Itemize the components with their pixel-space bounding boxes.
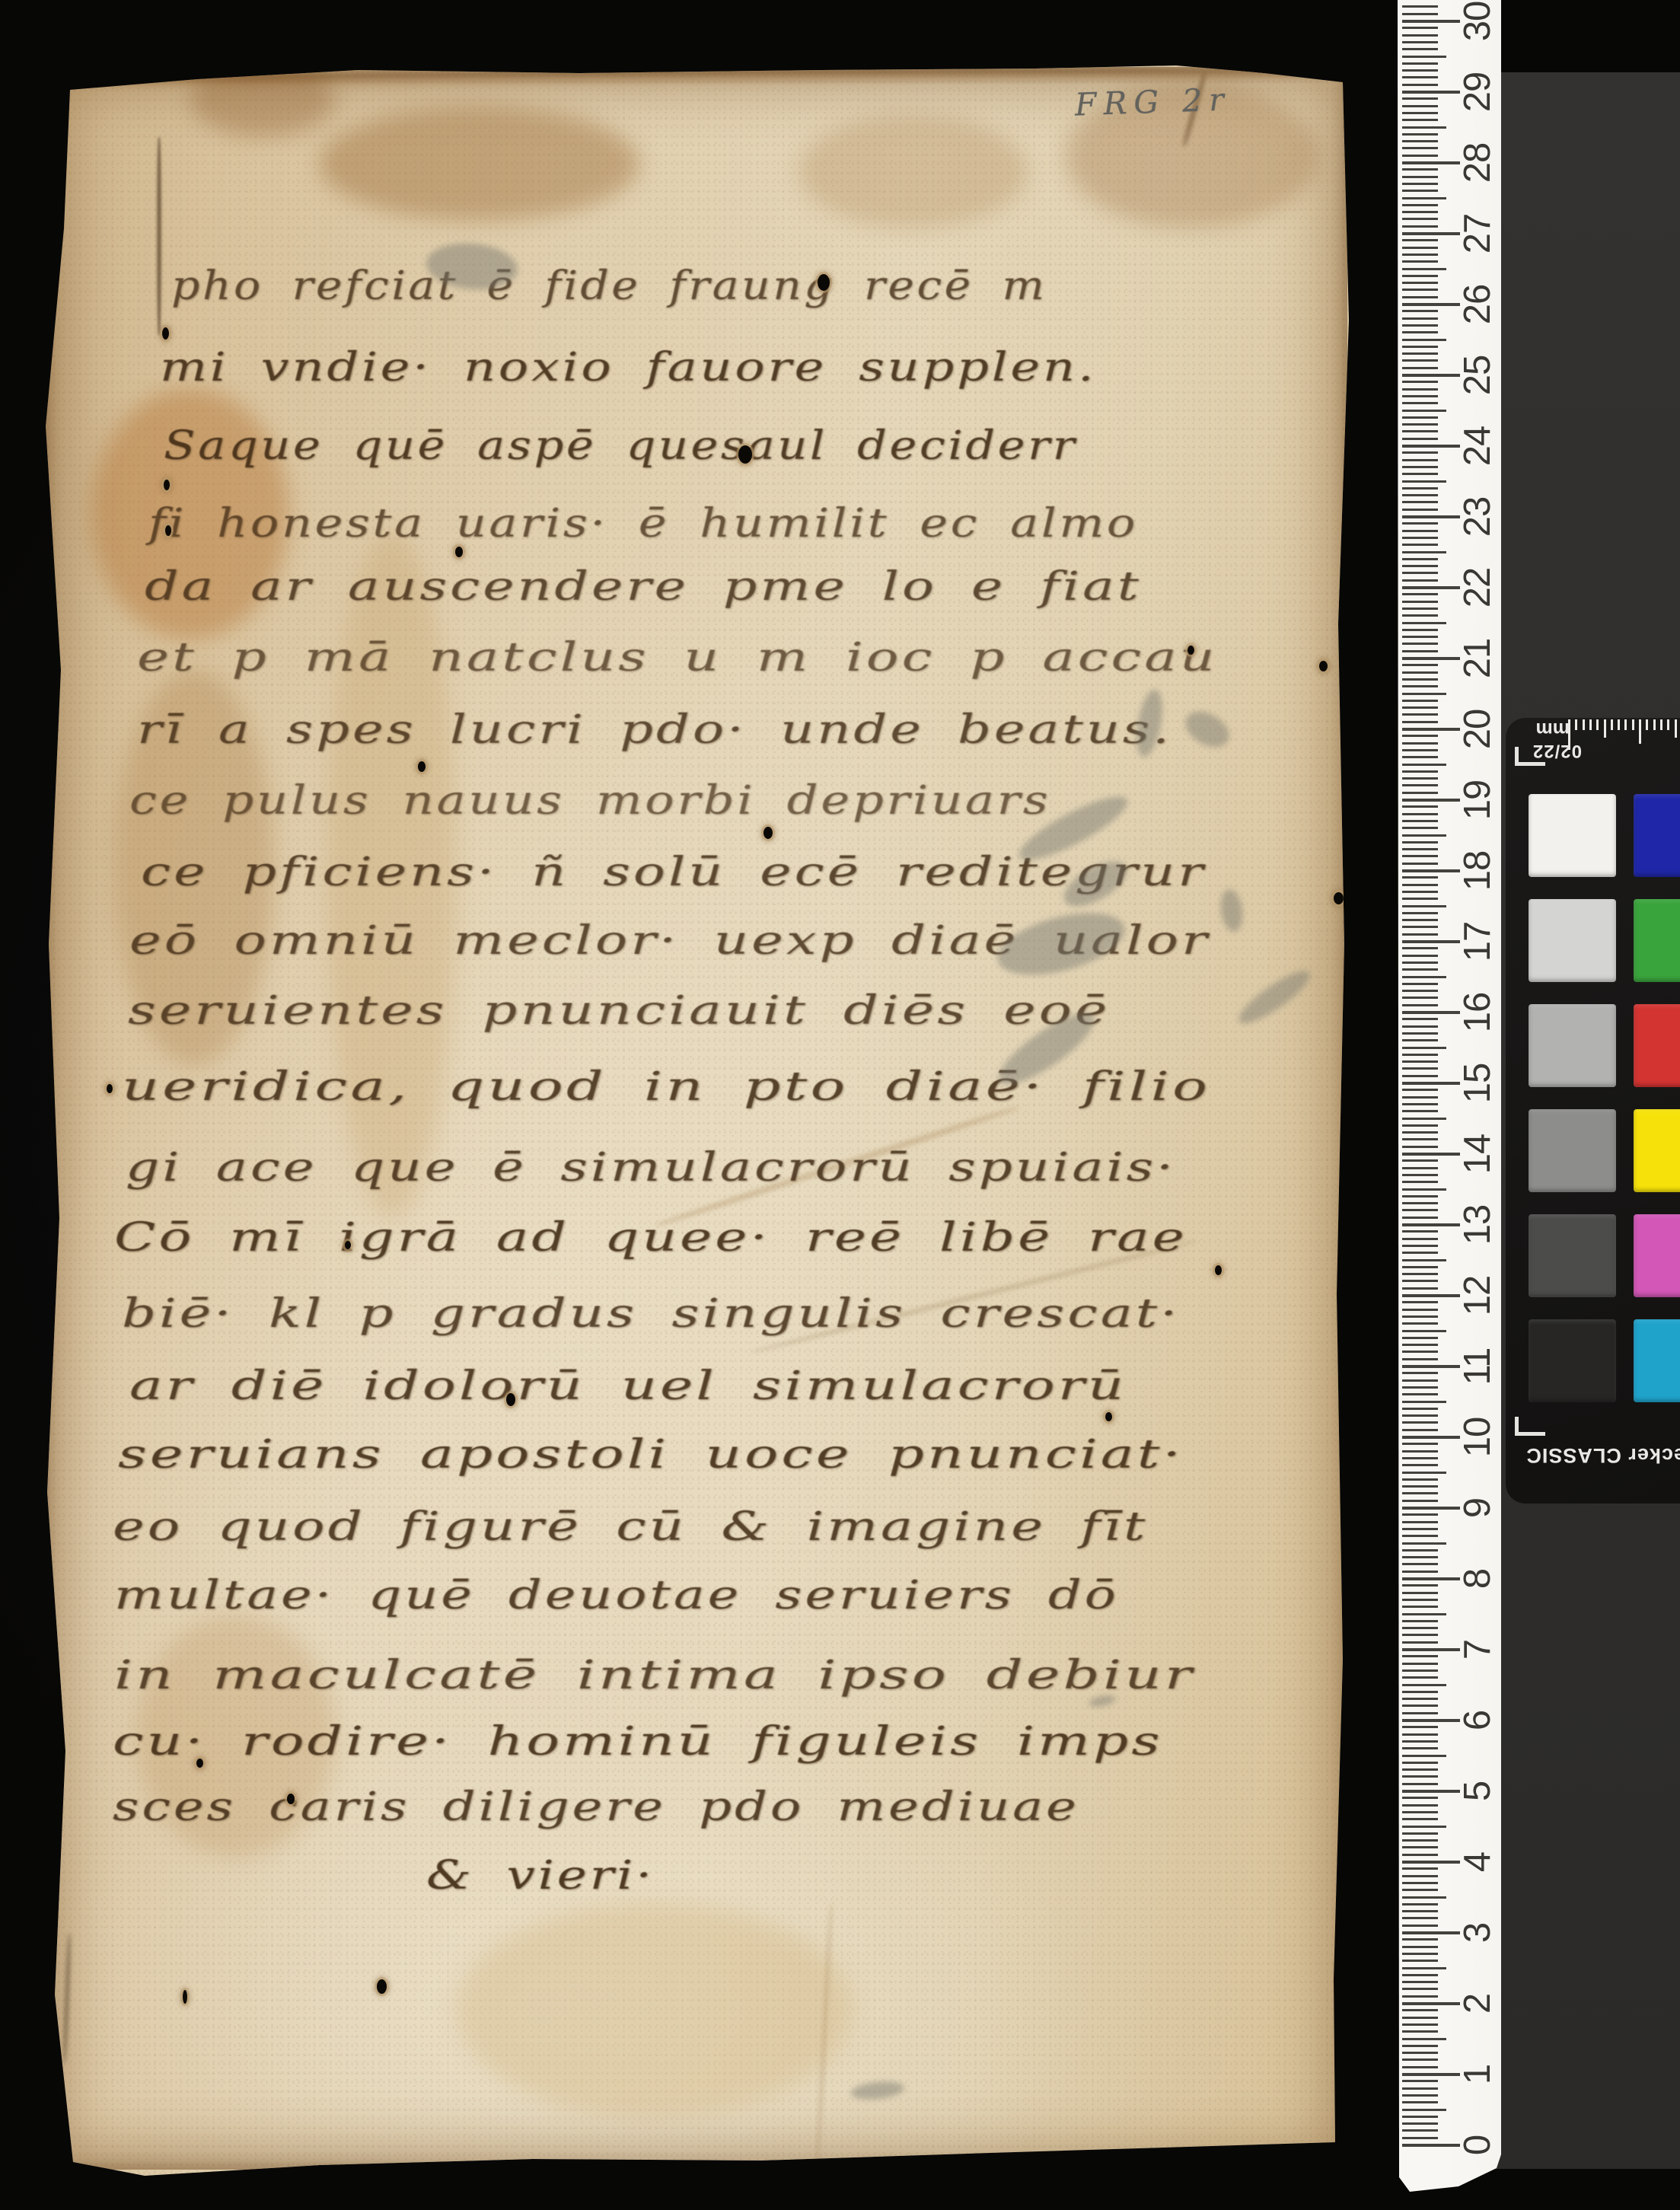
ruler-tick xyxy=(1402,1167,1438,1169)
ruler-number: 16 xyxy=(1456,993,1499,1033)
ruler-tick xyxy=(1402,2030,1438,2033)
ruler-tick xyxy=(1402,1719,1460,1722)
ruler-tick xyxy=(1402,331,1438,333)
ruler-tick xyxy=(1402,1577,1460,1580)
ruler-tick xyxy=(1402,1826,1446,1828)
ruler-tick xyxy=(1402,1592,1438,1594)
ruler-tick xyxy=(1402,565,1438,567)
ruler-tick xyxy=(1402,728,1460,731)
card-mm-tick xyxy=(1596,719,1599,730)
manuscript-line-8: ce pulus nauus morbi depriuars xyxy=(129,778,1050,824)
ruler-tick xyxy=(1402,1676,1438,1679)
ruler-tick xyxy=(1402,339,1446,341)
ruler-tick xyxy=(1402,961,1438,964)
manuscript-line-20: in maculcatē intima ipso debiur xyxy=(114,1653,1195,1698)
ruler-tick xyxy=(1402,1846,1438,1848)
ruler-tick xyxy=(1402,168,1438,171)
ruler-tick xyxy=(1402,13,1438,15)
ruler-tick xyxy=(1402,713,1438,716)
ruler-tick xyxy=(1402,112,1438,114)
ruler-number: 8 xyxy=(1456,1569,1499,1589)
ruler-tick xyxy=(1402,2129,1438,2132)
wormhole xyxy=(196,1759,203,1768)
ruler-tick xyxy=(1402,1613,1446,1615)
ruler-tick xyxy=(1402,770,1438,773)
shelfmark-annotation: FRG 2r xyxy=(1074,81,1231,123)
ruler-tick xyxy=(1402,643,1438,645)
ruler-tick xyxy=(1402,1967,1446,1969)
ruler-tick xyxy=(1402,1867,1438,1870)
ruler-tick xyxy=(1402,1337,1438,1339)
ruler-tick xyxy=(1402,1946,1438,1948)
ruler-tick xyxy=(1402,2009,1438,2011)
ruler-tick xyxy=(1402,1252,1438,1254)
ruler-tick xyxy=(1402,1266,1438,1268)
ruler-tick xyxy=(1402,1195,1438,1197)
ruler-tick xyxy=(1402,1549,1438,1551)
patch-yellow xyxy=(1634,1109,1680,1192)
ruler-tick xyxy=(1402,1832,1438,1835)
ruler-tick xyxy=(1402,176,1438,178)
ruler-tick xyxy=(1402,381,1438,383)
ruler-tick xyxy=(1402,1060,1438,1063)
ruler-tick xyxy=(1402,593,1438,595)
ruler-tick xyxy=(1402,1401,1446,1403)
ruler-tick xyxy=(1402,1755,1446,1757)
patch-black xyxy=(1529,1319,1616,1402)
ruler-tick xyxy=(1402,537,1438,539)
ruler-tick xyxy=(1402,884,1438,886)
wormhole xyxy=(418,761,426,772)
ruler-number: 15 xyxy=(1456,1064,1499,1104)
ruler-number: 29 xyxy=(1456,72,1499,113)
ruler-tick xyxy=(1402,685,1438,687)
wormhole xyxy=(455,547,463,557)
ruler-tick xyxy=(1402,1931,1460,1934)
card-mm-tick xyxy=(1611,719,1613,730)
ruler-tick xyxy=(1402,1464,1438,1466)
manuscript-line-2: mi vndie· noxio fauore supplen. xyxy=(160,345,1096,391)
ruler-tick xyxy=(1402,1528,1438,1530)
ruler-tick xyxy=(1402,1280,1438,1282)
ruler-tick xyxy=(1402,501,1438,503)
ruler-tick xyxy=(1402,515,1460,518)
ruler-tick xyxy=(1402,1103,1438,1105)
ruler-tick xyxy=(1402,947,1438,949)
ruler-tick xyxy=(1402,1648,1460,1651)
ruler-tick xyxy=(1402,388,1438,391)
ruler-tick xyxy=(1402,2052,1438,2054)
ruler-tick xyxy=(1402,190,1438,192)
ruler-tick xyxy=(1402,544,1438,546)
ruler-tick xyxy=(1402,1217,1438,1219)
wormhole xyxy=(183,1990,187,2004)
manuscript-line-12: ueridica, quod in pto diaē· filio xyxy=(122,1064,1210,1110)
ruler-number: 6 xyxy=(1456,1711,1499,1730)
ruler-tick xyxy=(1402,1953,1438,1955)
ruler-tick xyxy=(1402,1004,1438,1006)
ruler-tick xyxy=(1402,1429,1438,1431)
ruler-tick xyxy=(1402,1861,1460,1864)
ruler-tick xyxy=(1402,438,1438,440)
ruler-tick xyxy=(1402,161,1460,164)
ruler-tick xyxy=(1402,402,1438,404)
ruler-tick xyxy=(1402,706,1438,709)
manuscript-line-9: ce pficiens· ñ solū ecē reditegrur xyxy=(141,850,1207,895)
ruler-tick xyxy=(1402,876,1438,879)
ruler-tick xyxy=(1402,480,1446,483)
ruler-tick xyxy=(1402,827,1438,829)
ruler-tick xyxy=(1402,2045,1438,2047)
card-mm-tick xyxy=(1589,719,1592,730)
ruler-number: 0 xyxy=(1456,2135,1499,2155)
ruler-tick xyxy=(1402,1386,1438,1389)
ruler-tick xyxy=(1402,1096,1438,1099)
ruler-tick xyxy=(1402,69,1438,72)
ruler-tick xyxy=(1402,1047,1446,1049)
ruler-tick xyxy=(1402,2017,1438,2019)
ruler-tick xyxy=(1402,735,1438,737)
ruler-tick xyxy=(1402,777,1438,780)
ruler-tick xyxy=(1402,509,1438,511)
ruler-tick xyxy=(1402,1181,1438,1183)
ruler-tick xyxy=(1402,1301,1438,1303)
ruler-tick xyxy=(1402,813,1438,815)
card-mm-tick xyxy=(1667,719,1669,730)
ruler-number: 22 xyxy=(1456,568,1499,608)
patch-magenta xyxy=(1634,1214,1680,1297)
ruler-tick xyxy=(1402,2101,1438,2103)
ruler-tick xyxy=(1402,558,1438,560)
patch-gray xyxy=(1529,1004,1616,1087)
ruler-number: 9 xyxy=(1456,1498,1499,1518)
card-mm-tick xyxy=(1604,719,1606,738)
patch-mid-gray xyxy=(1529,1109,1616,1192)
ruler-tick xyxy=(1402,1174,1438,1176)
ruler-tick xyxy=(1402,140,1438,142)
ruler-tick xyxy=(1402,41,1438,43)
wormhole xyxy=(1187,646,1194,655)
ruler-tick xyxy=(1402,1379,1438,1382)
ruler-tick xyxy=(1402,1309,1438,1311)
ruler-tick xyxy=(1402,346,1438,348)
ruler-tick xyxy=(1402,1542,1446,1545)
ruler-tick xyxy=(1402,749,1438,751)
wormhole xyxy=(377,1979,387,1994)
ruler-tick xyxy=(1402,678,1438,681)
manuscript-line-1: pho refciat ē fide fraung recē m xyxy=(171,263,1047,309)
ruler-tick xyxy=(1402,48,1438,50)
ruler-tick xyxy=(1402,2080,1438,2082)
ruler-tick xyxy=(1402,1910,1438,1912)
ruler-tick xyxy=(1402,119,1438,121)
ruler-tick xyxy=(1402,1634,1438,1636)
ruler-tick xyxy=(1402,2087,1438,2090)
ruler-tick xyxy=(1402,303,1460,306)
ruler-tick xyxy=(1402,126,1446,129)
ruler-tick xyxy=(1402,232,1460,235)
ruler-tick xyxy=(1402,367,1438,369)
ruler-tick xyxy=(1402,247,1438,249)
ruler-number: 30 xyxy=(1456,2,1499,42)
ruler-tick xyxy=(1402,2137,1438,2139)
ruler-number: 27 xyxy=(1456,214,1499,254)
card-code-label: 02/22 xyxy=(1533,741,1582,761)
ruler-tick xyxy=(1402,792,1438,794)
ruler-tick xyxy=(1402,1365,1460,1368)
ruler-number: 14 xyxy=(1456,1134,1499,1175)
ruler-tick xyxy=(1402,155,1438,157)
ruler-tick xyxy=(1402,1025,1438,1028)
ruler-tick xyxy=(1402,359,1438,362)
card-brand-label: ecker CLASSIC xyxy=(1525,1443,1680,1469)
ruler-number: 17 xyxy=(1456,922,1499,962)
manuscript-line-14: Cō mī igrā ad quee· reē libē rae xyxy=(114,1215,1187,1261)
ruler-number: 21 xyxy=(1456,639,1499,679)
wormhole xyxy=(165,525,171,536)
ruler-tick xyxy=(1402,2002,1460,2005)
ruler-tick xyxy=(1402,487,1438,490)
ruler-tick xyxy=(1402,204,1438,206)
ruler-tick xyxy=(1402,919,1438,921)
ruler-tick xyxy=(1402,1436,1460,1439)
ruler-tick xyxy=(1402,983,1438,985)
ruler-tick xyxy=(1402,445,1460,448)
ruler-tick xyxy=(1402,1889,1438,1891)
wormhole xyxy=(345,1241,351,1249)
ruler-tick xyxy=(1402,1775,1438,1778)
ruler-tick xyxy=(1402,1054,1438,1056)
ruler-tick xyxy=(1402,976,1446,978)
manuscript-line-17: seruians apostoli uoce pnunciat· xyxy=(118,1432,1184,1478)
patch-red xyxy=(1634,1004,1680,1087)
ruler-tick xyxy=(1402,636,1438,638)
wormhole xyxy=(107,1084,113,1093)
ruler-tick xyxy=(1402,1223,1460,1226)
ruler-tick xyxy=(1402,218,1438,220)
ruler-tick xyxy=(1402,1620,1438,1622)
ruler-tick xyxy=(1402,1209,1438,1211)
ruler-tick xyxy=(1402,1521,1438,1523)
ruler-tick xyxy=(1402,310,1438,312)
ruler-tick xyxy=(1402,522,1438,525)
ruler-tick xyxy=(1402,1159,1438,1162)
ruler-number: 1 xyxy=(1456,2065,1499,2084)
ruler-tick xyxy=(1402,451,1438,454)
card-mm-tick xyxy=(1618,719,1620,730)
ruler-tick xyxy=(1402,1372,1438,1374)
ruler-tick xyxy=(1402,855,1438,857)
wormhole xyxy=(506,1393,515,1406)
patch-blue xyxy=(1634,794,1680,877)
ruler-tick xyxy=(1402,1330,1446,1332)
ruler-number: 23 xyxy=(1456,497,1499,537)
wormhole xyxy=(1105,1412,1112,1421)
ruler-tick xyxy=(1402,1443,1438,1445)
ruler-tick xyxy=(1402,56,1446,58)
ruler-tick xyxy=(1402,1705,1438,1707)
ruler-tick xyxy=(1402,1344,1438,1346)
manuscript-line-22: sces caris diligere pdo mediuae xyxy=(113,1784,1079,1830)
manuscript-line-18: eo quod figurē cū & imagine fīt xyxy=(113,1504,1148,1550)
ruler-tick xyxy=(1402,416,1438,419)
ruler-tick xyxy=(1402,1584,1438,1587)
ruler-tick xyxy=(1402,664,1438,666)
manuscript-line-5: da ar auscendere pme lo e fiat xyxy=(145,564,1142,610)
ruler-tick xyxy=(1402,1082,1460,1085)
ruler-tick xyxy=(1402,1450,1438,1453)
ruler-tick xyxy=(1402,721,1438,723)
ruler-tick xyxy=(1402,1733,1438,1736)
ruler-tick xyxy=(1402,820,1438,822)
ruler-number: 26 xyxy=(1456,285,1499,325)
ruler-tick xyxy=(1402,27,1438,29)
ruler-tick xyxy=(1402,91,1460,94)
ruler-tick xyxy=(1402,912,1438,914)
photo-stage: 0123456789101112131415161718192021222324… xyxy=(0,0,1680,2210)
ruler-tick xyxy=(1402,423,1438,426)
ruler-tick xyxy=(1402,898,1438,900)
ruler-tick xyxy=(1402,1011,1460,1014)
ruler-tick xyxy=(1402,1896,1446,1899)
ruler-tick xyxy=(1402,608,1438,610)
ruler-tick xyxy=(1402,1606,1438,1608)
ruler-tick xyxy=(1402,1988,1438,1990)
ruler-tick xyxy=(1402,1790,1460,1793)
manuscript-line-4: fi honesta uaris· ē humilit ec almo xyxy=(148,501,1138,547)
ruler-tick xyxy=(1402,5,1438,8)
ruler-tick xyxy=(1402,105,1438,107)
ruler-number: 24 xyxy=(1456,426,1499,467)
ruler-tick xyxy=(1402,1762,1438,1764)
ruler-tick xyxy=(1402,1740,1438,1743)
ruler-tick xyxy=(1402,133,1438,136)
ruler-tick xyxy=(1402,1500,1438,1502)
ruler-tick xyxy=(1402,1138,1438,1140)
ruler-tick xyxy=(1402,324,1438,327)
wormhole xyxy=(738,445,752,464)
ruler-tick xyxy=(1402,764,1446,766)
wormhole xyxy=(1319,661,1328,671)
patch-light-gray xyxy=(1529,899,1616,982)
ruler-tick xyxy=(1402,671,1438,674)
ruler-tick xyxy=(1402,1974,1438,1976)
ruler-tick xyxy=(1402,97,1438,100)
ruler-tick xyxy=(1402,352,1438,355)
ruler-tick xyxy=(1402,1804,1438,1807)
ruler-tick xyxy=(1402,1960,1438,1962)
ruler-tick xyxy=(1402,1067,1438,1070)
ruler-tick xyxy=(1402,1995,1438,1998)
ruler-tick xyxy=(1402,1039,1438,1041)
ruler-tick xyxy=(1402,2073,1460,2076)
ruler-tick xyxy=(1402,1571,1438,1573)
ruler-tick xyxy=(1402,1414,1438,1417)
wormhole xyxy=(164,480,170,490)
ruler-tick xyxy=(1402,799,1460,802)
ruler-tick xyxy=(1402,1698,1438,1700)
ruler-tick xyxy=(1402,1457,1438,1459)
ruler-tick xyxy=(1402,466,1438,468)
ruler-number: 2 xyxy=(1456,1994,1499,2014)
ruler-tick xyxy=(1402,614,1438,617)
ruler-tick xyxy=(1402,1925,1438,1927)
card-mm-tick xyxy=(1575,719,1577,730)
ruler-tick xyxy=(1402,239,1438,241)
card-mm-tick xyxy=(1624,719,1627,730)
ruler-number: 4 xyxy=(1456,1852,1499,1872)
ruler-tick xyxy=(1402,784,1438,786)
ruler-tick xyxy=(1402,1669,1438,1672)
wormhole xyxy=(818,274,830,291)
ruler-number: 12 xyxy=(1456,1276,1499,1316)
ruler-tick xyxy=(1402,2066,1438,2068)
wormhole xyxy=(1215,1265,1222,1275)
ruler-tick xyxy=(1402,317,1438,320)
card-mm-tick xyxy=(1660,719,1662,730)
ruler-tick xyxy=(1402,1089,1438,1091)
ruler-tick xyxy=(1402,841,1438,843)
ruler-tick xyxy=(1402,275,1438,277)
ruler-tick xyxy=(1402,756,1438,758)
patch-cyan xyxy=(1634,1319,1680,1402)
ruler-tick xyxy=(1402,395,1438,397)
wormhole xyxy=(162,327,169,340)
ruler-tick xyxy=(1402,197,1446,199)
ruler-tick xyxy=(1402,1655,1438,1657)
ruler-tick xyxy=(1402,1797,1438,1799)
ruler-tick xyxy=(1402,296,1438,298)
ruler-tick xyxy=(1402,1938,1438,1941)
ruler-tick xyxy=(1402,1421,1438,1424)
ruler-tick xyxy=(1402,2038,1446,2040)
ruler-tick xyxy=(1402,1408,1438,1410)
manuscript-line-7: rī a spes lucri pdo· unde beatus. xyxy=(137,707,1172,753)
ruler-tick xyxy=(1402,1146,1438,1148)
ruler-tick xyxy=(1402,1230,1438,1233)
ruler-tick xyxy=(1402,1075,1438,1077)
manuscript-line-13: gi ace que ē simulacrorū spuiais· xyxy=(126,1145,1176,1191)
ruler-tick xyxy=(1402,2122,1438,2125)
ruler-tick xyxy=(1402,1131,1438,1134)
ruler-tick xyxy=(1402,1783,1438,1785)
ruler-tick xyxy=(1402,1556,1438,1558)
ruler-tick xyxy=(1402,990,1438,992)
ruler-tick xyxy=(1402,933,1438,936)
manuscript-line-19: multae· quē deuotae seruiers dō xyxy=(114,1573,1119,1618)
ruler-tick xyxy=(1402,1839,1438,1842)
card-corner-mark-bottom xyxy=(1515,1432,1545,1436)
ruler-tick xyxy=(1402,1903,1438,1905)
ruler-tick xyxy=(1402,622,1446,624)
ruler-tick xyxy=(1402,1882,1438,1884)
ruler-tick xyxy=(1402,1726,1438,1728)
patch-white xyxy=(1529,794,1616,877)
ruler-tick xyxy=(1402,1492,1438,1494)
ruler-tick xyxy=(1402,1599,1438,1601)
ruler-tick xyxy=(1402,650,1438,652)
ruler-tick xyxy=(1402,805,1438,808)
ruler-number: 25 xyxy=(1456,356,1499,396)
ruler-tick xyxy=(1402,84,1438,86)
ruler-tick xyxy=(1402,1322,1438,1325)
manuscript-line-21: cu· rodire· hominū figuleis imps xyxy=(113,1719,1163,1765)
ruler-tick xyxy=(1402,459,1438,461)
ruler-tick xyxy=(1402,2094,1438,2097)
ruler-tick xyxy=(1402,1358,1438,1360)
color-checker-card: mm 02/22 ecker CLASSIC xyxy=(1506,718,1680,1504)
ruler-tick xyxy=(1402,211,1438,213)
